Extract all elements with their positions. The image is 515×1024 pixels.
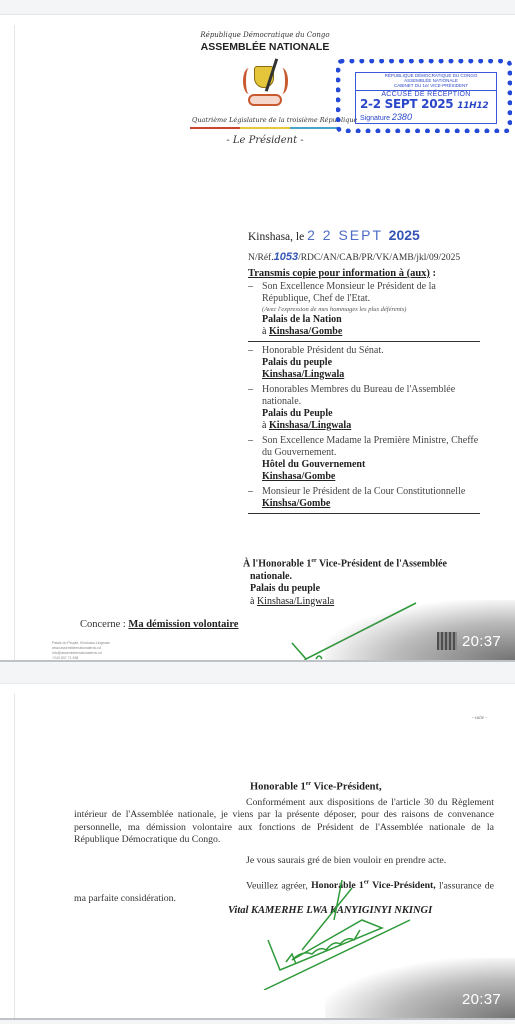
letterhead-footer: Palais du Peuple, Kinshasa-Lingwala www.… <box>52 641 110 661</box>
stamp-signature: Signature 2380 <box>356 112 496 122</box>
reference-number: N/Réf.1053/RDC/AN/CAB/PR/VK/AMB/jkl/09/2… <box>248 251 460 263</box>
message-timestamp: 20:37 <box>462 633 501 650</box>
salutation: Honorable 1er Vice-Président, <box>250 781 382 793</box>
page-edge <box>14 25 15 660</box>
body-paragraph-2: Je vous saurais gré de bien vouloir en p… <box>74 855 494 867</box>
country-name: République Démocratique du Congo <box>190 31 340 39</box>
page-edge <box>14 694 15 1018</box>
continuation-mark: - suite - <box>472 716 487 721</box>
chat-image-message-2[interactable]: - suite - Honorable 1er Vice-Président, … <box>0 684 515 1020</box>
recipient-item: – Honorables Membres du Bureau de l'Asse… <box>248 384 480 435</box>
recipients-list: – Son Excellence Monsieur le Président d… <box>248 281 480 517</box>
closing-paragraph: Veuillez agréer, Honorable 1er Vice-Prés… <box>74 877 494 905</box>
recipient-item: – Son Excellence Madame la Première Mini… <box>248 435 480 486</box>
letterhead: République Démocratique du Congo ASSEMBL… <box>190 31 340 146</box>
subject-line: Concerne : Ma démission volontaire <box>80 619 238 630</box>
message-timestamp: 20:37 <box>462 991 501 1008</box>
copy-to-heading: Transmis copie pour information à (aux) … <box>248 268 436 279</box>
body-paragraph-1: Conformément aux dispositions de l'artic… <box>74 797 494 847</box>
qr-code-icon <box>437 632 457 650</box>
legislature-label: Quatrième Législature de la troisième Ré… <box>192 116 340 124</box>
reception-stamp: RÉPUBLIQUE DÉMOCRATIQUE DU CONGO ASSEMBL… <box>336 59 512 133</box>
office-label: - Le Président - <box>190 135 340 146</box>
message-separator <box>0 664 515 684</box>
institution-name: ASSEMBLÉE NATIONALE <box>190 41 340 53</box>
recipient-item: – Son Excellence Monsieur le Président d… <box>248 281 480 342</box>
stamp-line-3: CABINET DU 1er VICE-PRÉSIDENT <box>366 83 496 88</box>
recipient-item: – Honorable Président du Sénat. Palais d… <box>248 345 480 384</box>
chat-image-message-1[interactable]: République Démocratique du Congo ASSEMBL… <box>0 14 515 662</box>
recipient-item: – Monsieur le Président de la Cour Const… <box>248 486 480 514</box>
signatory-name: Vital KAMERHE LWA KANYIGINYI NKINGI <box>228 905 432 916</box>
stamp-date: 2-2 SEPT 2025 11H12 <box>356 98 496 112</box>
letter-date: Kinshasa, le 2 2 SEPT 2025 <box>248 227 420 243</box>
flag-stripe <box>190 127 340 129</box>
coat-of-arms-icon <box>238 58 292 110</box>
